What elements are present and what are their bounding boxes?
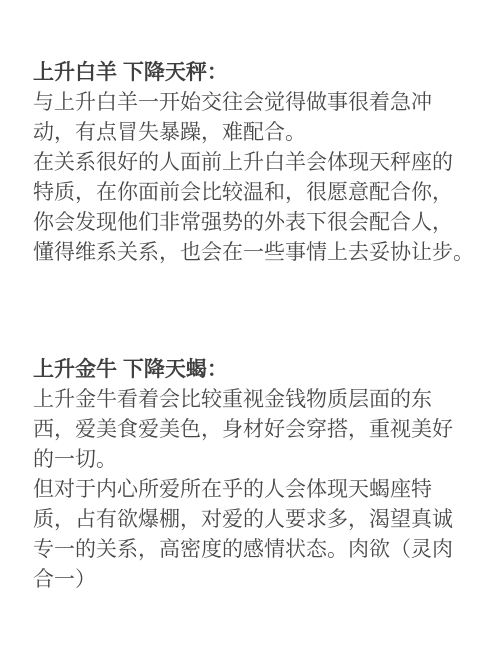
section-taurus-scorpio: 上升金牛 下降天蝎： 上升金牛看着会比较重视金钱物质层面的东 西，爱美食爱美色，… [33, 355, 467, 595]
text-line: 西，爱美食爱美色，身材好会穿搭，重视美好 [33, 415, 467, 445]
text-line: 与上升白羊一开始交往会觉得做事很着急冲 [33, 88, 467, 118]
text-line: 合一） [33, 565, 467, 595]
text-content: 上升白羊 下降天秤： 与上升白羊一开始交往会觉得做事很着急冲 动，有点冒失暴躁，… [0, 0, 500, 595]
text-line: 上升金牛看着会比较重视金钱物质层面的东 [33, 385, 467, 415]
section-heading: 上升金牛 下降天蝎： [33, 355, 467, 385]
article-text-image: 上升白羊 下降天秤： 与上升白羊一开始交往会觉得做事很着急冲 动，有点冒失暴躁，… [0, 0, 500, 653]
text-line: 动，有点冒失暴躁，难配合。 [33, 118, 467, 148]
text-line: 质，占有欲爆棚，对爱的人要求多，渴望真诚 [33, 505, 467, 535]
text-line: 你会发现他们非常强势的外表下很会配合人， [33, 208, 467, 238]
text-line: 在关系很好的人面前上升白羊会体现天秤座的 [33, 148, 467, 178]
text-line: 懂得维系关系，也会在一些事情上去妥协让步。 [33, 238, 467, 268]
section-heading: 上升白羊 下降天秤： [33, 58, 467, 88]
text-line: 的一切。 [33, 445, 467, 475]
section-aries-libra: 上升白羊 下降天秤： 与上升白羊一开始交往会觉得做事很着急冲 动，有点冒失暴躁，… [33, 58, 467, 268]
text-line: 但对于内心所爱所在乎的人会体现天蝎座特 [33, 475, 467, 505]
text-line: 特质，在你面前会比较温和，很愿意配合你， [33, 178, 467, 208]
text-line: 专一的关系，高密度的感情状态。肉欲（灵肉 [33, 535, 467, 565]
